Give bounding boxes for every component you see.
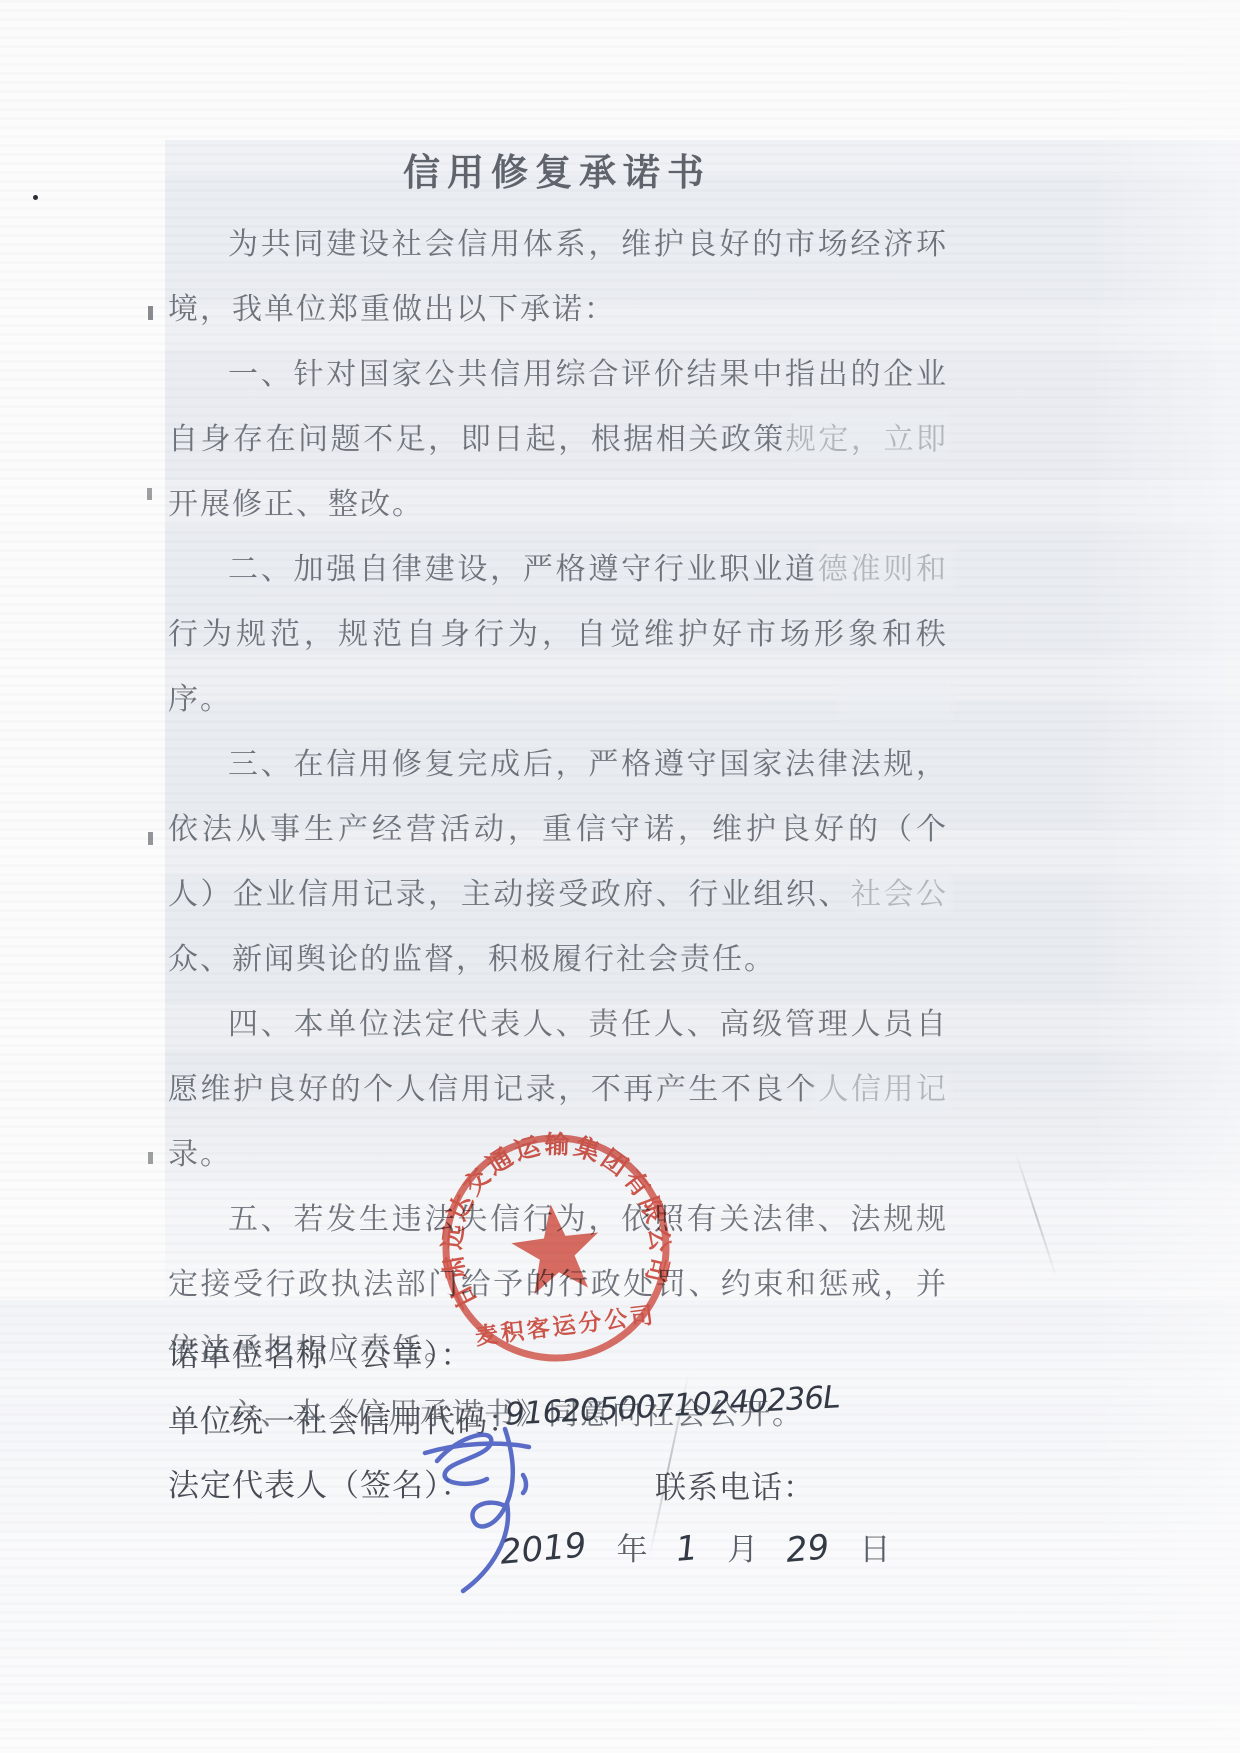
date-line: 2019年1月29日 — [500, 1524, 892, 1569]
scan-speck — [33, 195, 38, 200]
document-title: 信用修复承诺书 — [168, 142, 946, 196]
company-seal-stamp: 甘肃远达交通运输集团有限公司 麦积客运分公司 — [422, 1112, 690, 1383]
paragraph-item-1: 一、针对国家公共信用综合评价结果中指出的企业自身存在问题不足，即日起，根据相关政… — [168, 342, 948, 537]
date-day-suffix: 日 — [859, 1532, 892, 1567]
date-year-suffix: 年 — [617, 1532, 650, 1567]
phone-label: 联系电话： — [655, 1462, 815, 1507]
seal-star-icon — [507, 1199, 604, 1296]
paragraph-item-2: 二、加强自律建设，严格遵守行业职业道德准则和行为规范，规范自身行为，自觉维护好市… — [168, 537, 948, 732]
unit-name-label: 诺单位名称（公章）： — [168, 1330, 473, 1375]
scanned-document-page: 信用修复承诺书 为共同建设社会信用体系，维护良好的市场经济环境，我单位郑重做出以… — [0, 0, 1240, 1753]
scan-speck — [148, 306, 153, 320]
date-day-handwritten: 29 — [785, 1527, 832, 1571]
scan-speck — [148, 1152, 153, 1164]
paragraph-item-3: 三、在信用修复完成后，严格遵守国家法律法规，依法从事生产经营活动，重信守诺，维护… — [168, 732, 948, 992]
seal-graphic: 甘肃远达交通运输集团有限公司 麦积客运分公司 — [422, 1112, 690, 1383]
legal-representative-signature — [415, 1415, 555, 1610]
date-month-suffix: 月 — [727, 1532, 760, 1567]
scan-speck — [147, 488, 152, 500]
seal-branch-text: 麦积客运分公司 — [474, 1301, 658, 1349]
paragraph-intro: 为共同建设社会信用体系，维护良好的市场经济环境，我单位郑重做出以下承诺： — [168, 212, 948, 342]
date-month-handwritten: 1 — [674, 1528, 699, 1570]
scan-speck — [148, 832, 153, 845]
